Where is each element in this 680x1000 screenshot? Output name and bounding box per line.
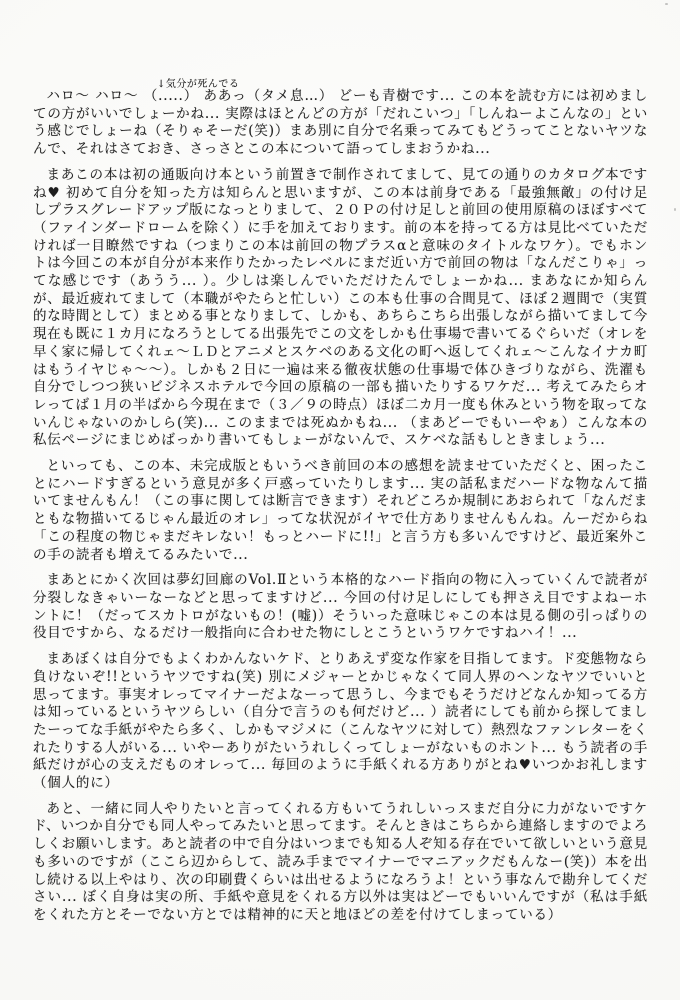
paragraph-about-book: まあこの本は初の通販向け本という前置きで制作されてまして、見ての通りのカタログ本… <box>33 167 648 450</box>
text-body: ハロ〜 ハロ〜 （.....） ああっ（タメ息…） どーも青樹です... この本… <box>33 88 648 933</box>
paragraph-next-volume: まあとにかく次回は夢幻回廊のVol.Ⅱという本格的なハード指向の物に入っていくん… <box>33 572 648 643</box>
scan-artifact <box>674 208 676 211</box>
scanned-page: ↓気分が死んでる ハロ〜 ハロ〜 （.....） ああっ（タメ息…） どーも青樹… <box>0 0 680 1000</box>
paragraph-closing: あと、一緒に同人やりたいと言ってくれる方もいてうれしいっスまだ自分に力がないです… <box>33 801 648 925</box>
paragraph-greeting: ハロ〜 ハロ〜 （.....） ああっ（タメ息…） どーも青樹です... この本… <box>33 88 648 159</box>
scan-artifact <box>665 3 668 5</box>
paragraph-self-intro: まあぼくは自分でもよくわかんないケド、とりあえず変な作家を目指してます。ド変態物… <box>33 651 648 793</box>
paragraph-feedback: といっても、この本、未完成版ともいうべき前回の本の感想を読ませていただくと、困っ… <box>33 458 648 564</box>
